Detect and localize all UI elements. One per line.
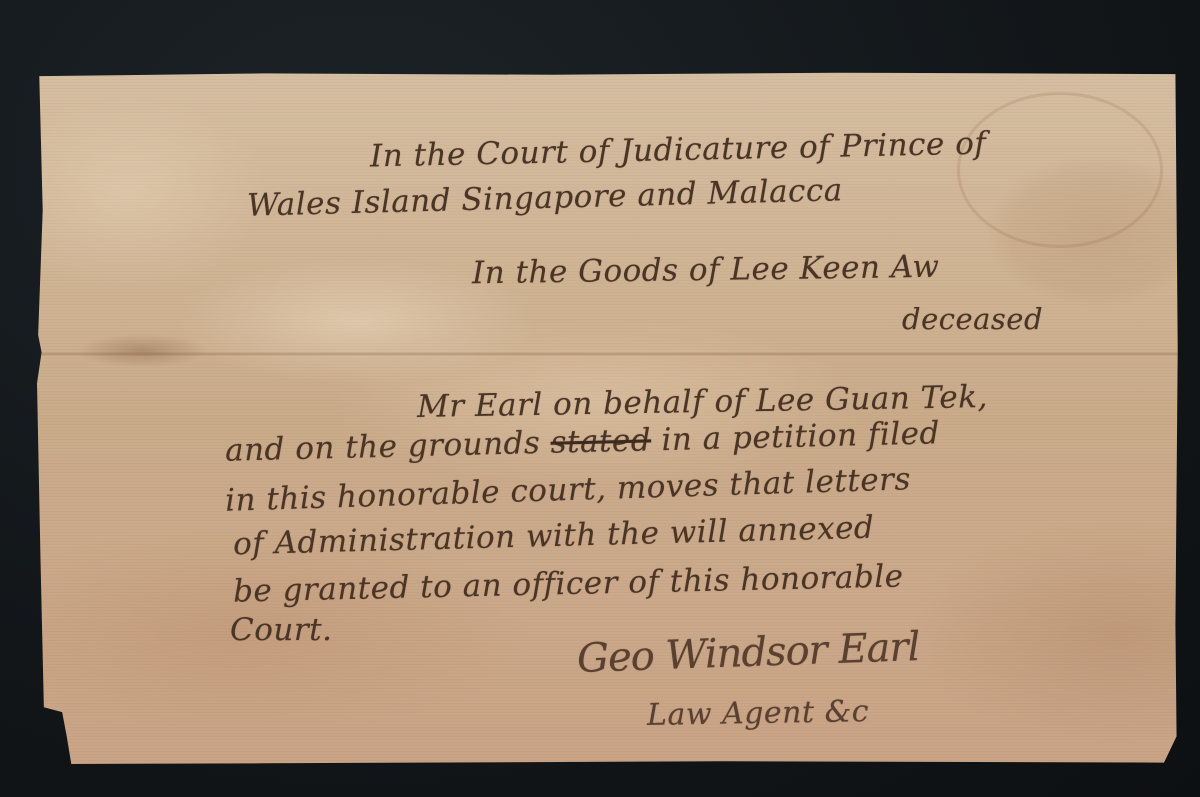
body-line-3: in this honorable court, moves that lett… bbox=[225, 461, 912, 519]
body-line-2-prefix: and on the grounds bbox=[225, 425, 551, 469]
estate-heading: In the Goods of Lee Keen Aw bbox=[472, 249, 940, 292]
struck-word: stated bbox=[550, 422, 651, 460]
signature: Geo Windsor Earl bbox=[576, 624, 920, 682]
fold-stain bbox=[77, 334, 207, 368]
body-line-5: be granted to an officer of this honorab… bbox=[233, 558, 904, 609]
body-line-2-suffix: in a petition filed bbox=[651, 415, 941, 458]
deceased-label: deceased bbox=[902, 302, 1043, 336]
court-heading-line-2: Wales Island Singapore and Malacca bbox=[247, 172, 844, 224]
body-line-4: of Administration with the will annexed bbox=[233, 510, 875, 563]
water-ring-stain bbox=[957, 92, 1163, 248]
body-line-2: and on the grounds stated in a petition … bbox=[225, 415, 941, 468]
court-heading-line-1: In the Court of Judicature of Prince of bbox=[370, 126, 987, 175]
fold-crease bbox=[37, 352, 1180, 356]
signatory-title: Law Agent &c bbox=[647, 694, 870, 733]
body-line-6: Court. bbox=[230, 612, 332, 648]
aged-paper-document: In the Court of Judicature of Prince of … bbox=[37, 72, 1180, 764]
